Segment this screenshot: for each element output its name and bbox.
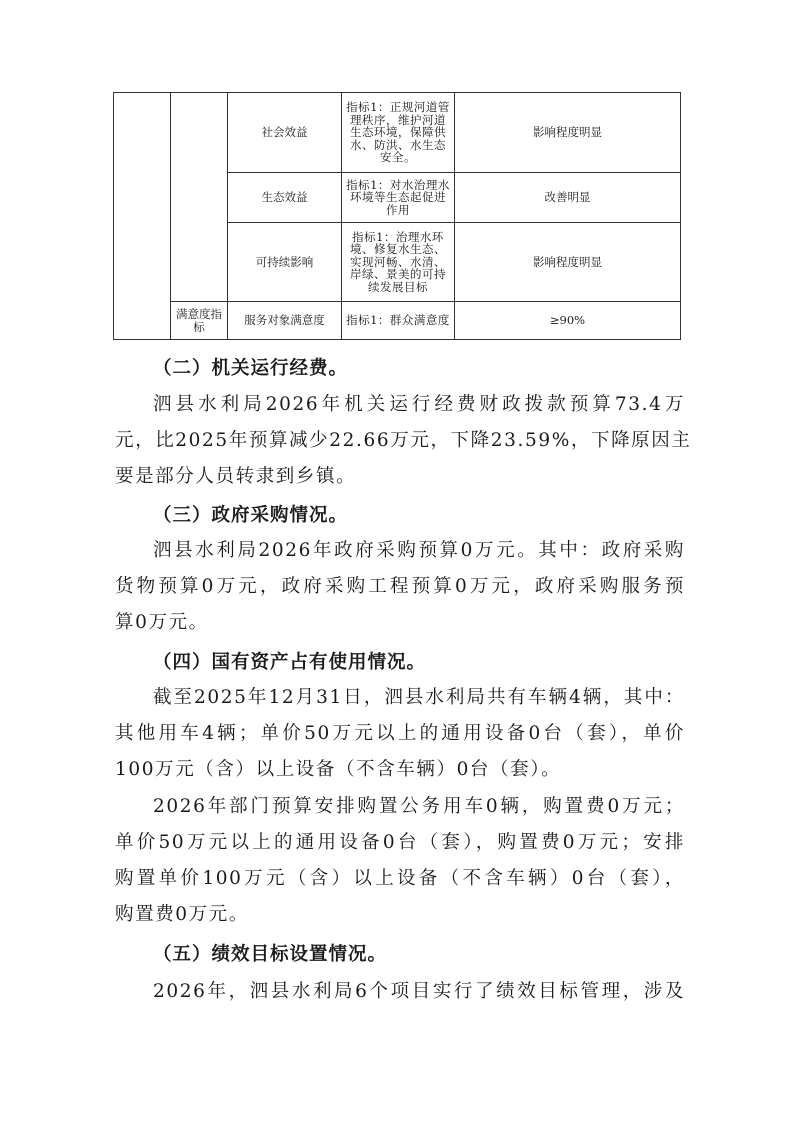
paragraph-line: 100万元（含）以上设备（不含车辆）0台（套）。 [115, 757, 685, 783]
paragraph-line: 其他用车4辆；单价50万元以上的通用设备0台（套），单价 [115, 721, 685, 747]
table-cell-target: ≥90% [455, 302, 681, 340]
table-cell-subcategory: 满意度指标 [171, 302, 228, 340]
table-cell-indicator: 指标1：群众满意度 [342, 302, 455, 340]
paragraph-line: 元，比2025年预算减少22.66万元，下降23.59%，下降原因主 [115, 428, 685, 454]
table-cell-metric: 生态效益 [228, 173, 342, 223]
table-cell-indicator: 指标1：对水治理水环境等生态起促进作用 [342, 173, 455, 223]
table-cell-subcategory [171, 93, 228, 302]
paragraph-line: 截至2025年12月31日，泗县水利局共有车辆4辆，其中： [153, 685, 685, 711]
paragraph-line: 要是部分人员转隶到乡镇。 [115, 464, 685, 490]
table-cell-target: 影响程度明显 [455, 93, 681, 173]
table-cell-indicator: 指标1：正规河道管理秩序，维护河道生态环境，保障供水、防洪、水生态安全。 [342, 93, 455, 173]
paragraph-line: 单价50万元以上的通用设备0台（套），购置费0万元；安排 [115, 830, 685, 856]
table-cell-category [114, 93, 171, 340]
paragraph-line: 购置单价100万元（含）以上设备（不含车辆）0台（套）， [115, 866, 685, 892]
table-cell-metric: 服务对象满意度 [228, 302, 342, 340]
table-cell-metric: 可持续影响 [228, 223, 342, 302]
paragraph-line: 2026年部门预算安排购置公务用车0辆，购置费0万元； [153, 794, 685, 820]
table-cell-metric: 社会效益 [228, 93, 342, 173]
paragraph-line: 购置费0万元。 [115, 902, 685, 928]
table-cell-target: 改善明显 [455, 173, 681, 223]
performance-indicator-table: 社会效益 指标1：正规河道管理秩序，维护河道生态环境，保障供水、防洪、水生态安全… [113, 92, 681, 340]
table-row: 满意度指标 服务对象满意度 指标1：群众满意度 ≥90% [114, 302, 681, 340]
paragraph-line: 货物预算0万元，政府采购工程预算0万元，政府采购服务预 [115, 574, 685, 600]
section-heading-state-assets: （四）国有资产占有使用情况。 [153, 650, 426, 676]
paragraph-line: 泗县水利局2026年机关运行经费财政拨款预算73.4万 [153, 392, 685, 418]
table-row: 社会效益 指标1：正规河道管理秩序，维护河道生态环境，保障供水、防洪、水生态安全… [114, 93, 681, 173]
table-cell-target: 影响程度明显 [455, 223, 681, 302]
section-heading-operating-expenses: （二）机关运行经费。 [153, 356, 348, 382]
section-heading-procurement: （三）政府采购情况。 [153, 503, 348, 529]
section-heading-performance-targets: （五）绩效目标设置情况。 [153, 942, 387, 968]
paragraph-line: 2026年，泗县水利局6个项目实行了绩效目标管理，涉及 [153, 979, 685, 1005]
paragraph-line: 泗县水利局2026年政府采购预算0万元。其中：政府采购 [153, 538, 685, 564]
table-cell-indicator: 指标1：治理水环境、修复水生态、实现河畅、水清、岸绿、景美的可持续发展目标 [342, 223, 455, 302]
paragraph-line: 算0万元。 [115, 610, 685, 636]
